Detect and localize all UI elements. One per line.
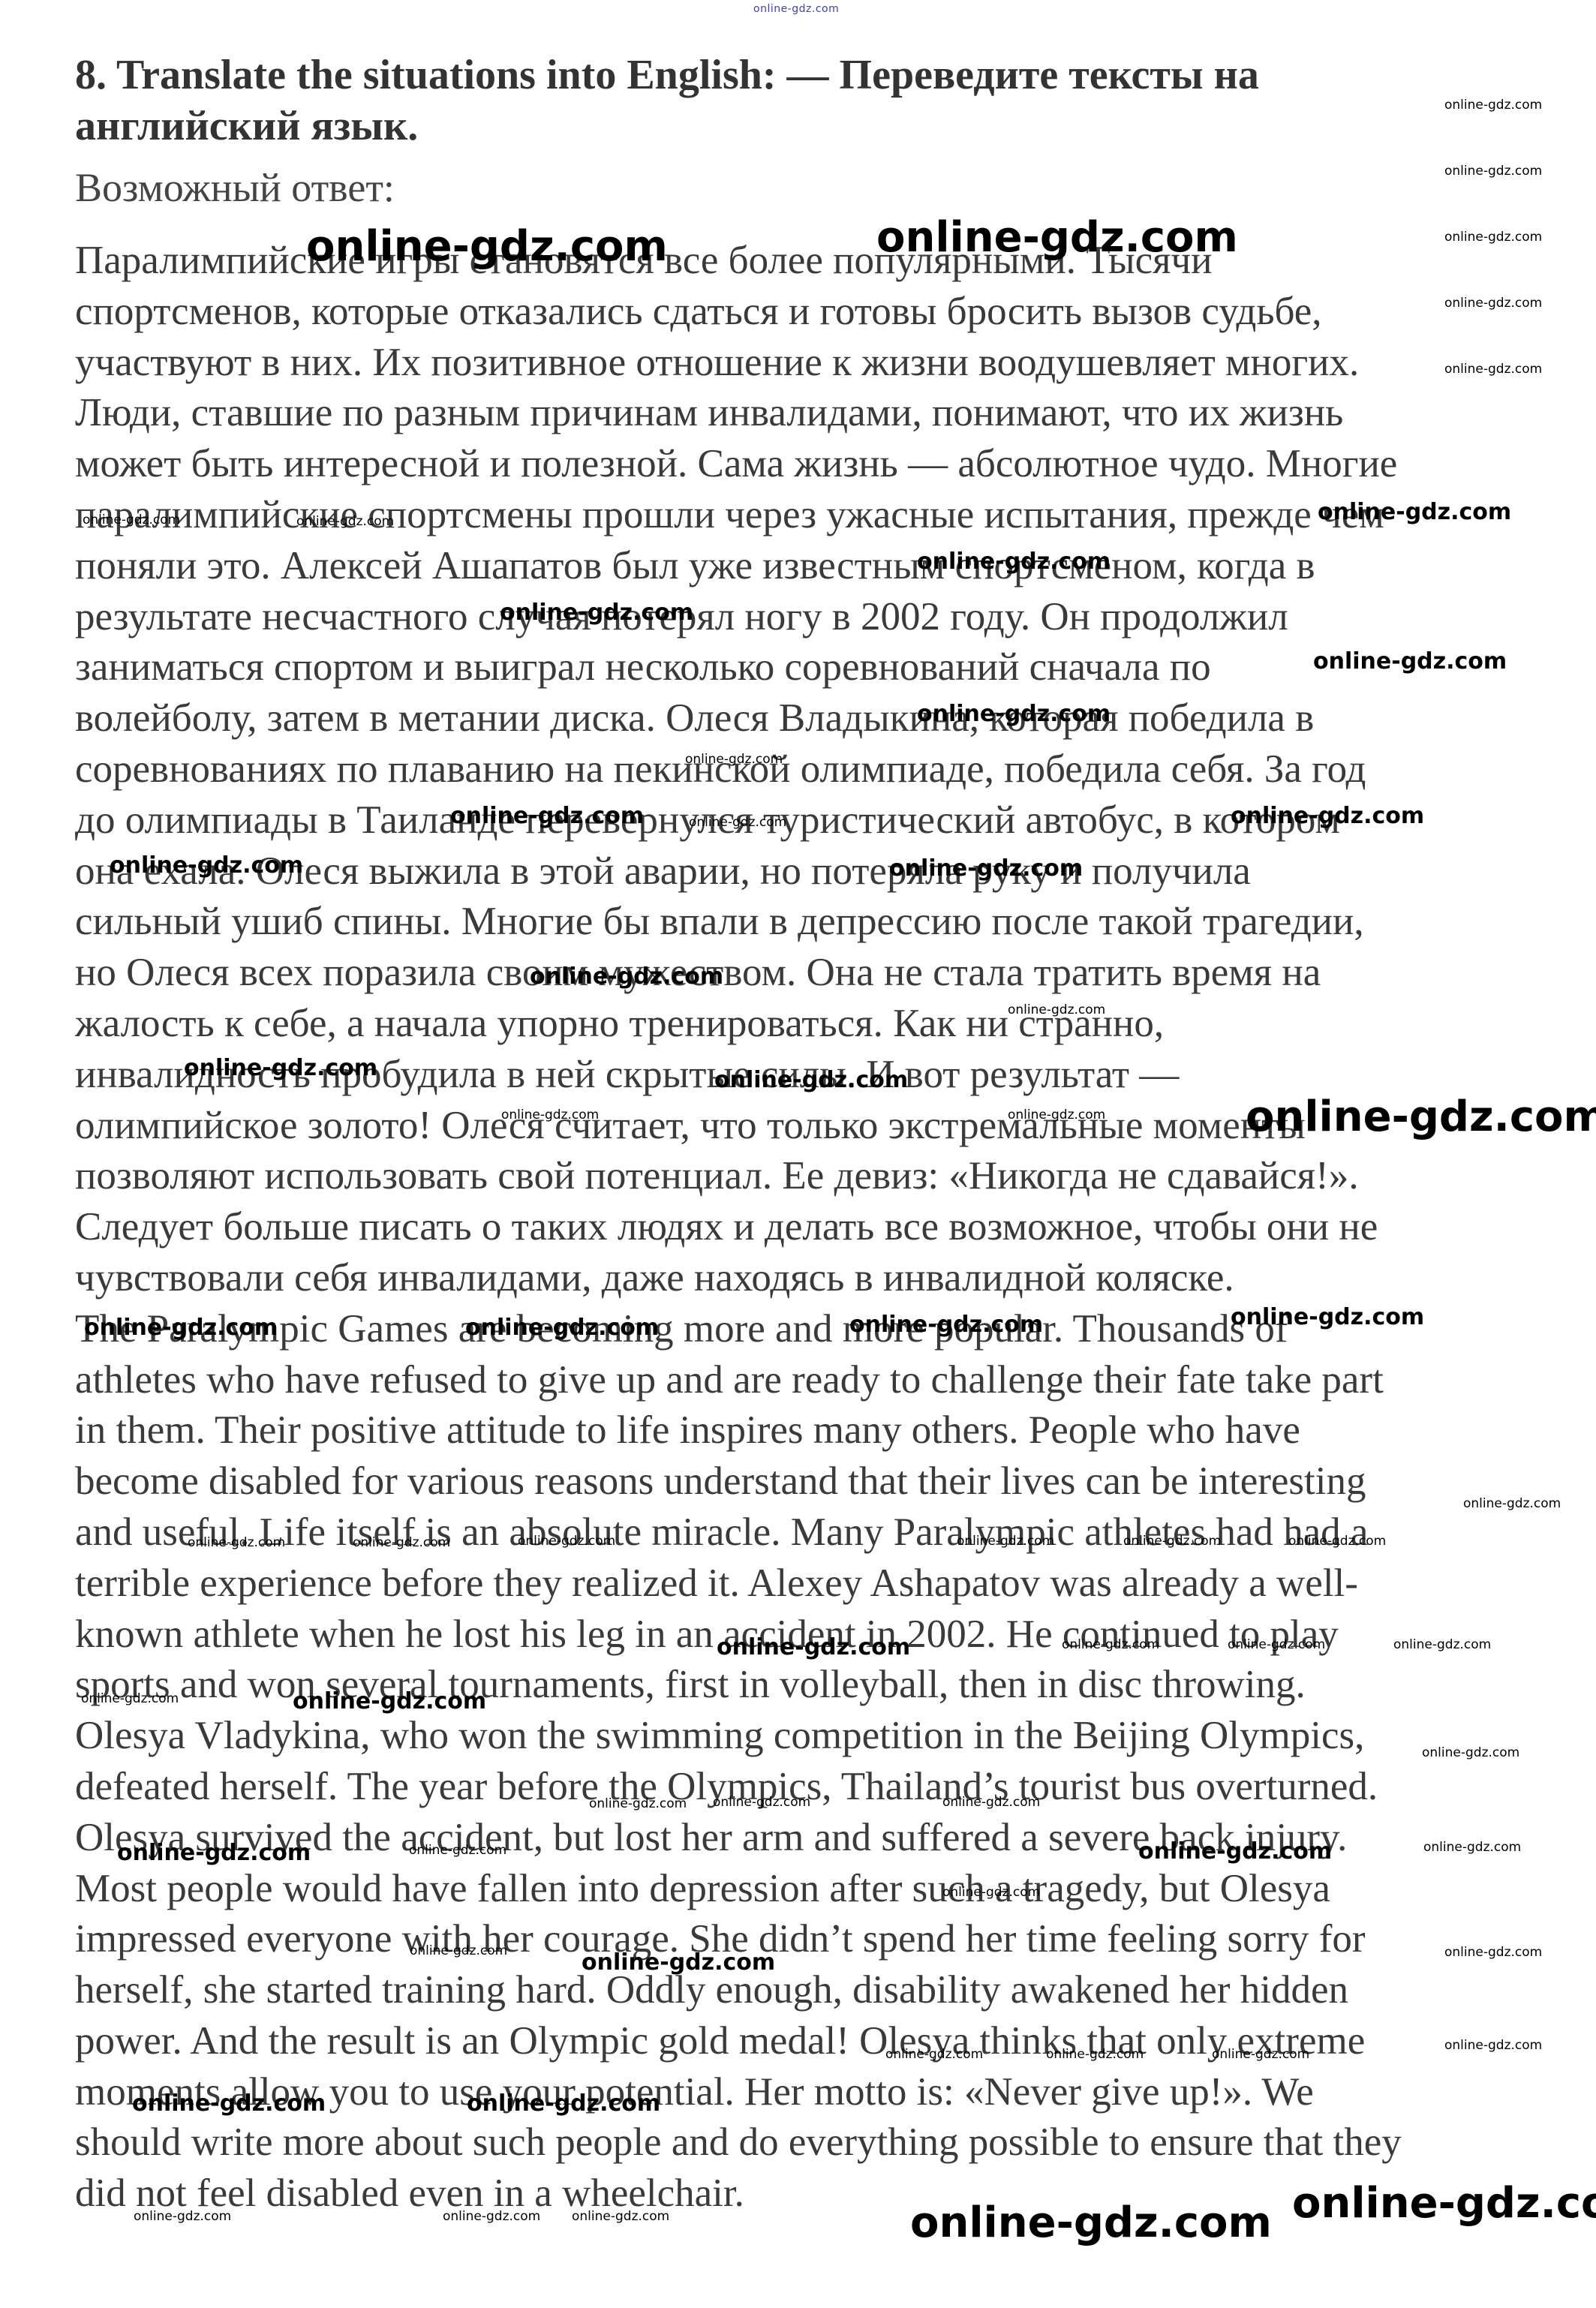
text-line: Паралимпийские игры становятся все более… [75, 236, 1546, 287]
text-line: in them. Their positive attitude to life… [75, 1405, 1546, 1456]
watermark: online-gdz.com [1444, 164, 1542, 179]
exercise-title-line: английский язык. [75, 101, 1546, 152]
watermark: online-gdz.com [1463, 1496, 1561, 1511]
text-line: может быть интересной и полезной. Сама ж… [75, 439, 1546, 490]
text-line: но Олеся всех поразила своим мужеством. … [75, 948, 1546, 999]
watermark: online-gdz.com [717, 1634, 910, 1660]
watermark: online-gdz.com [450, 803, 644, 829]
russian-paragraph: Паралимпийские игры становятся все более… [75, 236, 1546, 1304]
watermark: online-gdz.com [501, 1107, 599, 1122]
watermark: online-gdz.com [410, 1943, 507, 1958]
watermark: online-gdz.com [1008, 1107, 1105, 1122]
watermark: online-gdz.com [1288, 1534, 1386, 1549]
watermark: online-gdz.com [296, 514, 394, 529]
watermark: online-gdz.com [500, 600, 693, 626]
text-line: Следует больше писать о таких людях и де… [75, 1202, 1546, 1253]
watermark: online-gdz.com [409, 1843, 506, 1858]
watermark: online-gdz.com [910, 2198, 1272, 2247]
text-line: волейболу, затем в метании диска. Олеся … [75, 693, 1546, 744]
watermark: online-gdz.com [714, 1067, 908, 1093]
watermark: online-gdz.com [530, 963, 723, 990]
text-line: участвуют в них. Их позитивное отношение… [75, 338, 1546, 389]
text-line: Most people would have fallen into depre… [75, 1864, 1546, 1915]
watermark: online-gdz.com [1228, 1637, 1325, 1652]
text-line: terrible experience before they realized… [75, 1558, 1546, 1609]
text-line: спортсменов, которые отказались сдаться … [75, 287, 1546, 338]
watermark: online-gdz.com [132, 2090, 326, 2117]
text-line: сильный ушиб спины. Многие бы впали в де… [75, 897, 1546, 948]
watermark: online-gdz.com [917, 548, 1111, 575]
text-line: herself, she started training hard. Oddl… [75, 1965, 1546, 2016]
watermark: online-gdz.com [518, 1534, 615, 1549]
text-line: жалость к себе, а начала упорно трениров… [75, 999, 1546, 1050]
watermark: online-gdz.com [1444, 296, 1542, 311]
text-line: Люди, ставшие по разным причинам инвалид… [75, 388, 1546, 439]
watermark: online-gdz.com [1292, 2179, 1596, 2228]
watermark: online-gdz.com [81, 1691, 179, 1706]
exercise-title: 8. Translate the situations into English… [75, 50, 1546, 152]
english-paragraph: The Paralympic Games are becoming more a… [75, 1304, 1546, 2219]
watermark: online-gdz.com [713, 1795, 810, 1810]
watermark: online-gdz.com [1393, 1637, 1491, 1652]
watermark: online-gdz.com [1231, 803, 1424, 829]
watermark: online-gdz.com [1422, 1745, 1519, 1760]
text-line: become disabled for various reasons unde… [75, 1456, 1546, 1507]
watermark: online-gdz.com [1444, 1945, 1542, 1960]
watermark: online-gdz.com [885, 2047, 983, 2062]
watermark: online-gdz.com [582, 1949, 775, 1976]
watermark: online-gdz.com [1123, 1534, 1221, 1549]
text-line: Olesya Vladykina, who won the swimming c… [75, 1711, 1546, 1762]
watermark: online-gdz.com [83, 512, 180, 527]
watermark: online-gdz.com [1008, 1002, 1105, 1017]
watermark: online-gdz.com [84, 1315, 278, 1341]
answer-label: Возможный ответ: [75, 162, 1546, 213]
text-line: and useful. Life itself is an absolute m… [75, 1507, 1546, 1558]
watermark: online-gdz.com [685, 752, 783, 767]
watermark: online-gdz.com [467, 2090, 660, 2117]
watermark: online-gdz.com [353, 1535, 450, 1550]
exercise-title-line: 8. Translate the situations into English… [75, 50, 1546, 101]
watermark: online-gdz.com [134, 2209, 231, 2224]
text-line: позволяют использовать свой потенциал. Е… [75, 1151, 1546, 1202]
watermark: online-gdz.com [117, 1840, 311, 1866]
watermark: online-gdz.com [110, 852, 303, 879]
watermark: online-gdz.com [1444, 362, 1542, 377]
text-line: should write more about such people and … [75, 2117, 1546, 2168]
watermark: online-gdz.com [689, 815, 786, 830]
text-line: чувствовали себя инвалидами, даже находя… [75, 1253, 1546, 1304]
watermark: online-gdz.com [293, 1688, 486, 1714]
watermark: online-gdz.com [184, 1055, 377, 1081]
watermark: online-gdz.com [1246, 1092, 1596, 1141]
watermark: online-gdz.com [188, 1535, 285, 1550]
watermark: online-gdz.com [443, 2209, 540, 2224]
text-line: power. And the result is an Olympic gold… [75, 2016, 1546, 2067]
watermark: online-gdz.com [572, 2209, 669, 2224]
watermark: online-gdz.com [465, 1315, 659, 1341]
watermark: online-gdz.com [876, 213, 1238, 262]
text-line: результате несчастного случая потерял но… [75, 592, 1546, 643]
watermark: online-gdz.com [917, 701, 1111, 727]
watermark: online-gdz.com [889, 855, 1083, 882]
watermark: online-gdz.com [1138, 1838, 1332, 1865]
watermark: online-gdz.com [1231, 1304, 1424, 1330]
watermark: online-gdz.com [589, 1796, 687, 1811]
text-line: поняли это. Алексей Ашапатов был уже изв… [75, 541, 1546, 592]
watermark: online-gdz.com [1423, 1840, 1521, 1855]
watermark: online-gdz.com [957, 1534, 1054, 1549]
watermark: online-gdz.com [942, 1795, 1040, 1810]
watermark: online-gdz.com [849, 1312, 1043, 1338]
watermark: online-gdz.com [1444, 2038, 1542, 2053]
watermark: online-gdz.com [942, 1885, 1040, 1900]
watermark: online-gdz.com [1444, 98, 1542, 113]
watermark: online-gdz.com [1313, 648, 1507, 675]
watermark: online-gdz.com [1062, 1637, 1159, 1652]
text-line: athletes who have refused to give up and… [75, 1355, 1546, 1406]
watermark: online-gdz.com [1046, 2047, 1144, 2062]
watermark: online-gdz.com [306, 222, 668, 271]
text-line: соревнованиях по плаванию на пекинской о… [75, 744, 1546, 795]
top-watermark: online-gdz.com [753, 3, 839, 15]
watermark: online-gdz.com [1444, 230, 1542, 245]
text-line: impressed everyone with her courage. She… [75, 1914, 1546, 1965]
watermark: online-gdz.com [1318, 499, 1511, 525]
watermark: online-gdz.com [1212, 2047, 1309, 2062]
